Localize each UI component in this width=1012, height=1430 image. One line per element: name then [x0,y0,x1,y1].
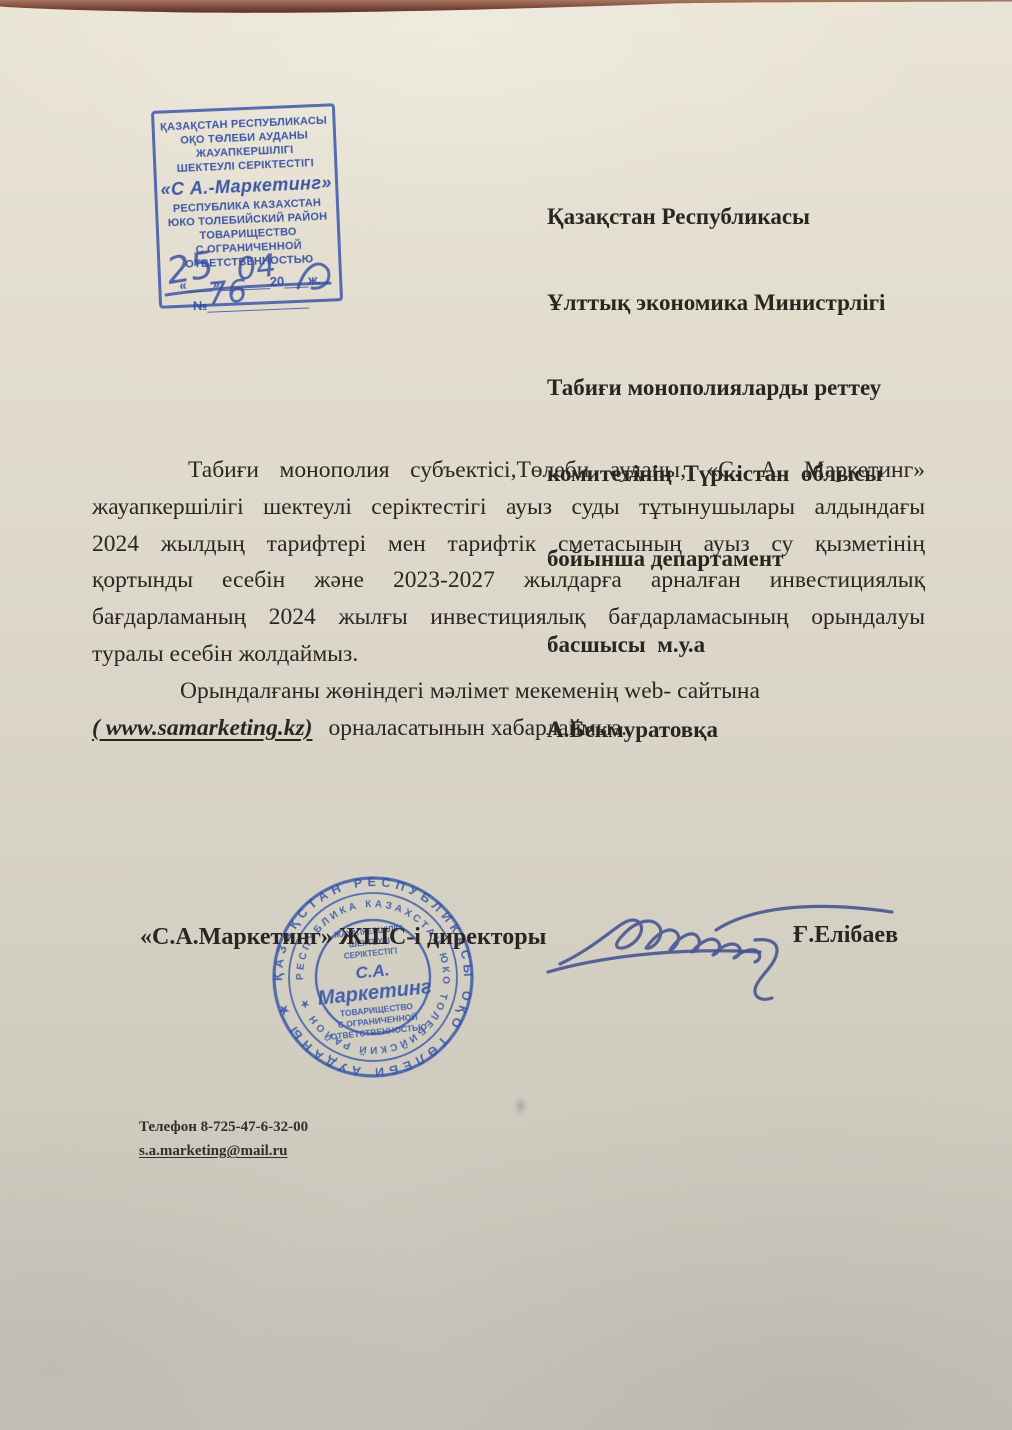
round-stamp-company-name: Маркетинг [317,976,433,1010]
body-line: Орындалғаны жөніндегі мәлімет мекеменің … [92,673,925,710]
handwritten-doc-number: 76 [206,273,249,313]
paper-smudge [513,1096,528,1116]
date-year-blank [284,274,309,289]
svg-text:РЕСПУБЛИКА КАЗАХСТАН ЮКО ТОЛЕБ: РЕСПУБЛИКА КАЗАХСТАН ЮКО ТОЛЕБИЙСКИЙ РАЙ… [287,891,458,1063]
body-line: 2024 жылдың тарифтері мен тарифтік смета… [92,526,925,563]
signature-title: «С.А.Маркетинг» ЖШС-і директоры [140,924,546,951]
body-line: бағдарламаның 2024 жылғы инвестициялық б… [92,599,925,636]
round-stamp-inner-ring-text: РЕСПУБЛИКА КАЗАХСТАН ЮКО ТОЛЕБИЙСКИЙ РАЙ… [287,891,458,1063]
recipient-line: Қазақстан Республикасы [547,203,885,232]
body-line: Табиғи монополия субъектісі,Төлеби аудан… [92,452,925,489]
recipient-line: Табиғи монополияларды реттеу [547,374,885,403]
round-stamp-outer-circle [264,868,482,1086]
round-stamp-outer-ring-text: ҚАЗАҚСТАН РЕСПУБЛИКАСЫ ОҚО ТӨЛЕБИ АУДАНЫ… [261,865,485,1089]
round-stamp-center-line: ТОВАРИЩЕСТВО [340,1001,414,1019]
body-line-website: ( www.samarketing.kz)орналасатынын хабар… [92,710,925,747]
footer-contacts: Телефон 8-725-47-6-32-00 s.a.marketing@m… [139,1115,308,1163]
body-line: туралы есебін жолдаймыз. [92,636,925,673]
letter-body: Табиғи монополия субъектісі,Төлеби аудан… [92,452,925,746]
round-stamp-center-line: С ОГРАНИЧЕННОЙ [337,1011,418,1030]
recipient-line: Ұлттық экономика Министрлігі [547,289,885,318]
corner-stamp-number-row: № [162,293,340,314]
scanned-letter-page: ҚАЗАҚСТАН РЕСПУБЛИКАСЫ ОҚО ТӨЛЕБИ АУДАНЫ… [0,0,1012,1430]
round-stamp-middle-circle [281,885,466,1070]
number-sign: № [193,299,208,314]
footer-phone: Телефон 8-725-47-6-32-00 [139,1115,308,1139]
svg-text:ҚАЗАҚСТАН РЕСПУБЛИКАСЫ ОҚО: ҚАЗАҚСТАН РЕСПУБЛИКАСЫ ОҚО ТӨЛЕБИ АУДАНЫ… [261,865,485,1089]
body-line-rest: орналасатынын хабарлаймыз. [328,715,627,741]
year-suffix: ж. [308,273,321,288]
signature-scrawl [548,906,892,999]
round-stamp-company-abbr: С.А. [355,960,391,982]
corner-stamp: ҚАЗАҚСТАН РЕСПУБЛИКАСЫ ОҚО ТӨЛЕБИ АУДАНЫ… [151,103,343,309]
body-line: жауапкершілігі шектеулі серіктестігі ауы… [92,489,925,526]
round-stamp: ҚАЗАҚСТАН РЕСПУБЛИКАСЫ ОҚО ТӨЛЕБИ АУДАНЫ… [261,865,485,1089]
website-url: ( www.samarketing.kz) [92,715,312,741]
footer-email: s.a.marketing@mail.ru [139,1139,308,1163]
scan-edge-band [0,0,1012,20]
signatory-name: Ғ.Елібаев [793,922,898,949]
round-stamp-center-line: ОТВЕТСТВЕННОСТЬЮ [330,1022,427,1042]
body-line: қортынды есебін және 2023-2027 жылдарға … [92,562,925,599]
